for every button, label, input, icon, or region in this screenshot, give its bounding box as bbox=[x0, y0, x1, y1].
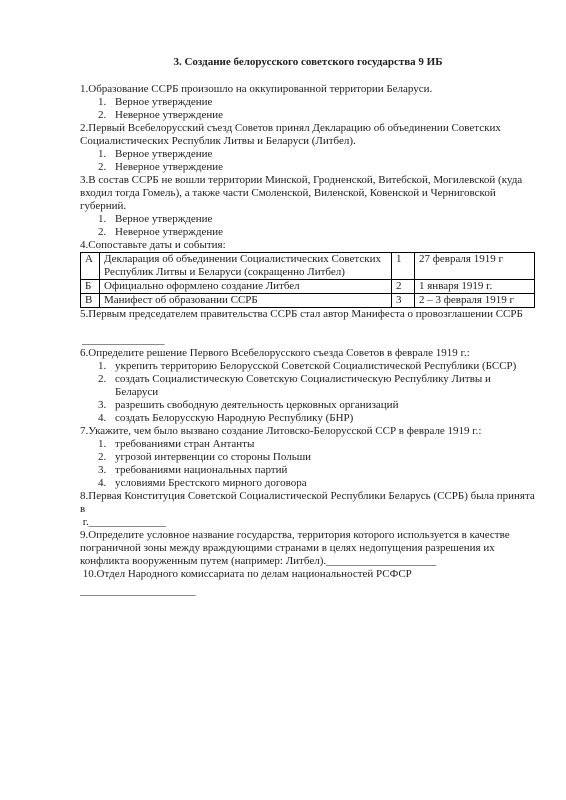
option: 4.условиями Брестского мирного договора bbox=[80, 477, 536, 490]
question-7: 7.Укажите, чем было вызвано создание Лит… bbox=[80, 425, 536, 438]
answer-blank-8[interactable]: г.______________ bbox=[80, 516, 536, 529]
option: 2.Неверное утверждение bbox=[80, 161, 536, 174]
option: 1.Верное утверждение bbox=[80, 96, 536, 109]
option: 2.Неверное утверждение bbox=[80, 226, 536, 239]
matching-table: А Декларация об объединении Социалистиче… bbox=[80, 252, 535, 308]
question-4: 4.Сопоставьте даты и события: bbox=[80, 239, 536, 252]
question-5: 5.Первым председателем правительства ССР… bbox=[80, 308, 536, 321]
question-3: 3.В состав ССРБ не вошли территории Минс… bbox=[80, 174, 536, 213]
question-6: 6.Определите решение Первого Всебелорусс… bbox=[80, 347, 536, 360]
option: 1.укрепить территорию Белорусской Советс… bbox=[80, 360, 536, 373]
table-row: Б Официально оформлено создание Литбел 2… bbox=[81, 280, 535, 294]
option: 1.требованиями стран Антанты bbox=[80, 438, 536, 451]
option: 2.Неверное утверждение bbox=[80, 109, 536, 122]
table-row: А Декларация об объединении Социалистиче… bbox=[81, 253, 535, 280]
option: 1.Верное утверждение bbox=[80, 148, 536, 161]
answer-blank-10[interactable]: _____________________ bbox=[80, 585, 536, 598]
document-title: 3. Создание белорусского советского госу… bbox=[80, 56, 536, 69]
option: 3.разрешить свободную деятельность церко… bbox=[80, 399, 536, 412]
table-row: В Манифест об образовании ССРБ 3 2 – 3 ф… bbox=[81, 294, 535, 308]
question-9: 9.Определите условное название государст… bbox=[80, 529, 536, 568]
option: 3.требованиями национальных партий bbox=[80, 464, 536, 477]
option: 4.создать Белорусскую Народную Республик… bbox=[80, 412, 536, 425]
answer-blank-5[interactable]: _______________ bbox=[80, 334, 536, 347]
option: 1.Верное утверждение bbox=[80, 213, 536, 226]
option: 2.создать Социалистическую Советскую Соц… bbox=[80, 373, 536, 399]
document-body: 1.Образование ССРБ произошло на оккупиро… bbox=[80, 83, 536, 598]
spacer bbox=[80, 321, 536, 334]
question-10: 10.Отдел Народного комиссариата по делам… bbox=[80, 568, 536, 581]
question-6-options: 1.укрепить территорию Белорусской Советс… bbox=[80, 360, 536, 425]
option: 2.угрозой интервенции со стороны Польши bbox=[80, 451, 536, 464]
question-2-options: 1.Верное утверждение 2.Неверное утвержде… bbox=[80, 148, 536, 174]
question-7-options: 1.требованиями стран Антанты 2.угрозой и… bbox=[80, 438, 536, 490]
question-3-options: 1.Верное утверждение 2.Неверное утвержде… bbox=[80, 213, 536, 239]
question-1-options: 1.Верное утверждение 2.Неверное утвержде… bbox=[80, 96, 536, 122]
question-8: 8.Первая Конституция Советской Социалист… bbox=[80, 490, 536, 516]
question-2: 2.Первый Всебелорусский съезд Советов пр… bbox=[80, 122, 536, 148]
question-1: 1.Образование ССРБ произошло на оккупиро… bbox=[80, 83, 536, 96]
